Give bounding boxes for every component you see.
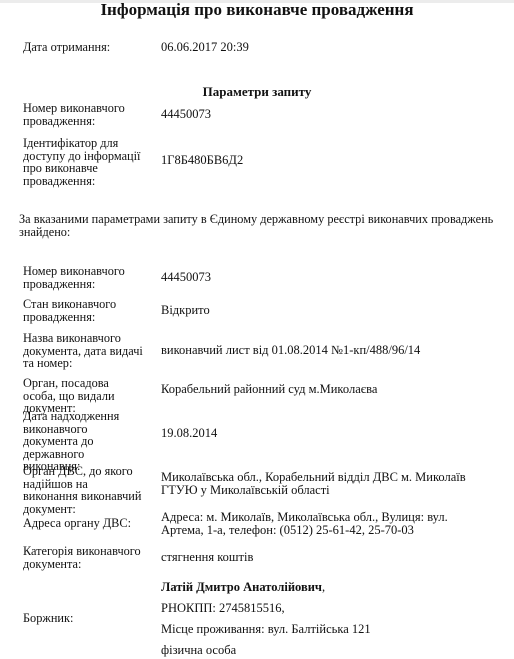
result-intro: За вказаними параметрами запиту в Єдином…	[19, 213, 499, 239]
debtor-tax-id: РНОКПП: 2745815516,	[161, 601, 511, 615]
debtor-type: фізична особа	[161, 643, 511, 657]
query-label: Номер виконавчого провадження:	[23, 102, 143, 127]
result-label: Назва виконавчого документа, дата видачі…	[23, 332, 143, 370]
result-value: Корабельний районний суд м.Миколаєва	[161, 383, 511, 396]
debtor-details: Латій Дмитро Анатолійович, РНОКПП: 27458…	[161, 580, 511, 659]
result-value: виконавчий лист від 01.08.2014 №1-кп/488…	[161, 344, 511, 357]
query-value: 44450073	[161, 108, 511, 121]
result-value: Адреса: м. Миколаїв, Миколаївська обл., …	[161, 511, 481, 537]
result-label: Стан виконавчого провадження:	[23, 298, 143, 323]
result-label: Категорія виконавчого документа:	[23, 545, 143, 570]
debtor-label: Боржник:	[23, 612, 143, 625]
debtor-name-line: Латій Дмитро Анатолійович,	[161, 580, 511, 594]
received-value: 06.06.2017 20:39	[161, 41, 511, 54]
debtor-residence: Місце проживання: вул. Балтійська 121	[161, 622, 511, 636]
result-value: 44450073	[161, 271, 511, 284]
result-value: Відкрито	[161, 304, 511, 317]
query-label: Ідентифікатор для доступу до інформації …	[23, 137, 143, 187]
query-params-heading: Параметри запиту	[0, 84, 514, 100]
result-label: Адреса органу ДВС:	[23, 517, 153, 530]
result-value: 19.08.2014	[161, 427, 511, 440]
result-label: Орган ДВС, до якого надійшов на виконанн…	[23, 465, 143, 515]
received-label: Дата отримання:	[23, 41, 153, 54]
query-value: 1Г8Б480БВ6Д2	[161, 154, 511, 167]
result-value: стягнення коштів	[161, 551, 511, 564]
result-label: Номер виконавчого провадження:	[23, 265, 143, 290]
debtor-name: Латій Дмитро Анатолійович	[161, 580, 322, 594]
debtor-name-suffix: ,	[322, 580, 325, 594]
result-value: Миколаївська обл., Корабельний відділ ДВ…	[161, 471, 491, 497]
page-title: Інформація про виконавче провадження	[0, 0, 514, 20]
